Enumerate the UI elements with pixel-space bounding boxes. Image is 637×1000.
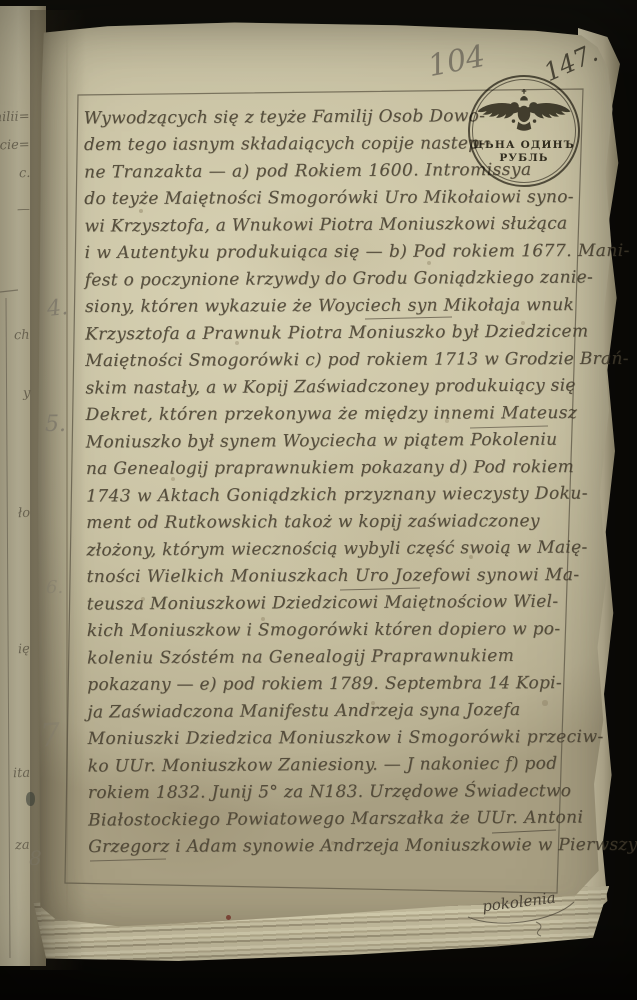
- manuscript-line: ko UUr. Moniuszkow Zaniesiony. — J nakon…: [88, 750, 593, 780]
- stamp-price-text: РУБЛЬ: [468, 152, 580, 164]
- book-scan: amilii= ście= c. — ch y ło ię ita za Wyw…: [0, 0, 637, 1000]
- manuscript-line: Grzegorz i Adam synowie Andrzeja Moniusz…: [88, 832, 593, 861]
- manuscript-line: teusza Moniuszkowi Dziedzicowi Maiętnośc…: [87, 588, 592, 618]
- manuscript-line: siony, któren wykazuie że Woyciech syn M…: [85, 292, 590, 321]
- manuscript-line: skim nastały, a w Kopij Zaświadczoney pr…: [85, 372, 590, 402]
- manuscript-line: i w Autentyku produkuiąca się — b) Pod r…: [85, 238, 590, 267]
- manuscript-line: tności Wielkich Moniuszkach Uro Jozefowi…: [87, 562, 592, 591]
- manuscript-line: kich Moniuszkow i Smogorówki któren dopi…: [87, 616, 592, 645]
- manuscript-line: Moniuszki Dziedzica Moniuszkow i Smogoró…: [88, 724, 593, 753]
- catchword-flourish: [536, 922, 541, 936]
- manuscript-line: Dekret, któren przekonywa że między inne…: [86, 400, 591, 429]
- manuscript-line: Maiętności Smogorówki c) pod rokiem 1713…: [85, 346, 590, 375]
- manuscript-line: 1743 w Aktach Goniądzkich przyznany wiec…: [86, 480, 591, 510]
- manuscript-line: na Genealogij praprawnukiem pokazany d) …: [86, 454, 591, 483]
- price-stamp: ЦѢНА ОДИНЪ РУБЛЬ: [468, 75, 580, 187]
- margin-number: 5.: [45, 412, 66, 437]
- double-headed-eagle-icon: [474, 89, 574, 135]
- manuscript-line: Krzysztofa a Prawnuk Piotra Moniuszko by…: [85, 318, 590, 348]
- manuscript-line: wi Krzysztofa, a Wnukowi Piotra Moniuszk…: [84, 210, 589, 240]
- manuscript-line: koleniu Szóstém na Genealogij Praprawnuk…: [87, 642, 592, 672]
- margin-number: 7: [39, 715, 62, 754]
- previous-page-frame-line: [6, 298, 10, 958]
- manuscript-line: Białostockiego Powiatowego Marszałka że …: [88, 804, 593, 834]
- manuscript-line: ment od Rutkowskich takoż w kopij zaświa…: [86, 508, 591, 537]
- previous-page-frame-line: [0, 290, 18, 292]
- manuscript-text: Wywodzących się z teyże Familij Osob Dow…: [84, 102, 594, 861]
- manuscript-line: rokiem 1832. Junij 5° za N183. Urzędowe …: [88, 778, 593, 807]
- manuscript-line: ja Zaświadczona Manifestu Andrzeja syna …: [87, 696, 592, 726]
- stamp-price-text: ЦѢНА ОДИНЪ: [468, 139, 580, 151]
- manuscript-line: fest o poczynione krzywdy do Grodu Gonią…: [85, 264, 590, 294]
- manuscript-line: pokazany — e) pod rokiem 1789. Septembra…: [87, 670, 592, 699]
- manuscript-line: do teyże Maiętności Smogorówki Uro Mikoł…: [84, 184, 589, 213]
- margin-number: 6.: [46, 577, 63, 598]
- margin-number: 8: [29, 846, 42, 870]
- manuscript-line: Moniuszko był synem Woyciecha w piątem P…: [86, 426, 591, 456]
- manuscript-line: złożony, którym wiecznością wybyli część…: [86, 534, 591, 564]
- margin-number: 4.: [46, 295, 69, 322]
